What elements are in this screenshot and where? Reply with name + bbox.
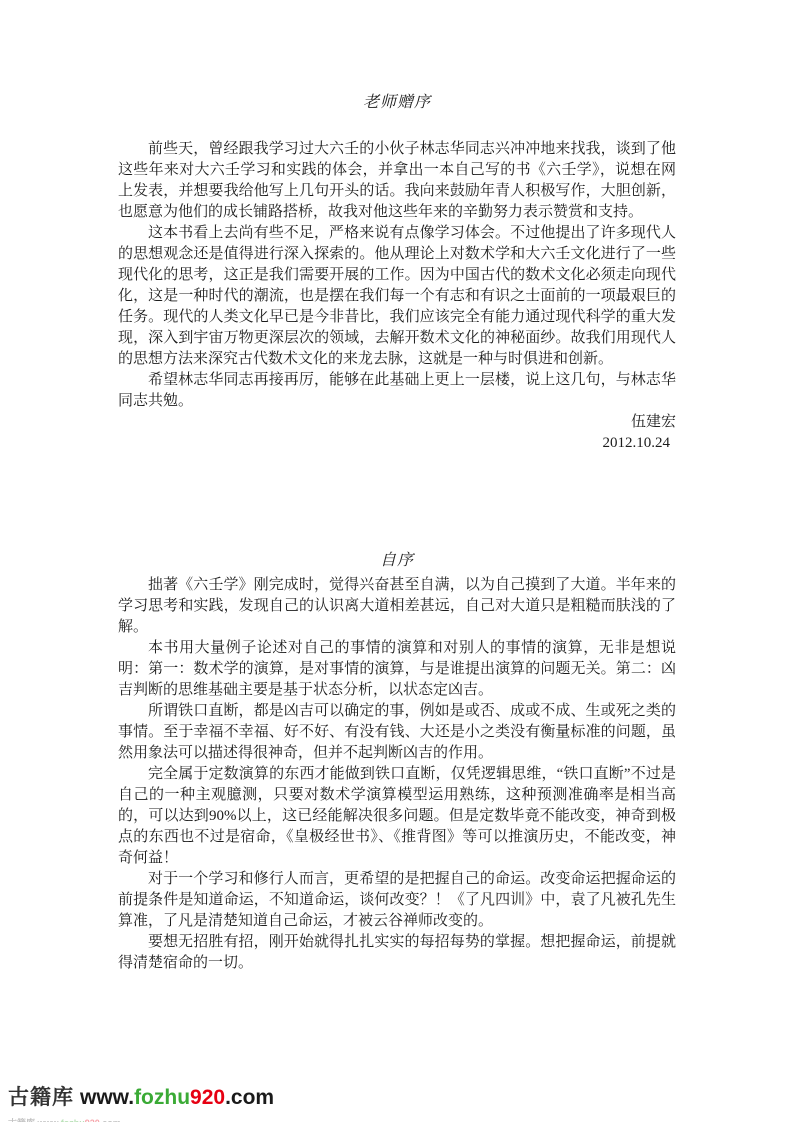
paragraph: 本书用大量例子论述对自己的事情的演算和对别人的事情的演算，无非是想说明：第一：数…	[118, 638, 676, 701]
signature-name: 伍建宏	[118, 412, 676, 433]
watermark-url-com: .com	[225, 1086, 274, 1109]
watermark-faint-site: 古籍库	[8, 1118, 35, 1122]
teacher-preface-title: 老师赠序	[118, 92, 676, 113]
watermark-url-www: www.	[80, 1086, 134, 1109]
self-preface-section: 自序 拙著《六壬学》刚完成时，觉得兴奋甚至自满，以为自己摸到了大道。半年来的学习…	[118, 550, 676, 974]
paragraph: 前些天，曾经跟我学习过大六壬的小伙子林志华同志兴冲冲地来找我，谈到了他这些年来对…	[118, 139, 676, 223]
paragraph: 所谓铁口直断，都是凶吉可以确定的事，例如是或否、成或不成、生或死之类的事情。至于…	[118, 701, 676, 764]
watermark-faint-green: fozhu	[61, 1118, 85, 1122]
watermark: 古籍库www.fozhu920.com	[8, 1085, 274, 1110]
paragraph: 希望林志华同志再接再厉，能够在此基础上更上一层楼，说上这几句，与林志华同志共勉。	[118, 370, 676, 412]
watermark-url-red: 920	[190, 1086, 225, 1109]
watermark-faint-www: www.	[38, 1118, 61, 1122]
signature-date: 2012.10.24	[118, 433, 676, 454]
document-page: 老师赠序 前些天，曾经跟我学习过大六壬的小伙子林志华同志兴冲冲地来找我，谈到了他…	[0, 0, 793, 1122]
self-preface-title: 自序	[118, 550, 676, 571]
paragraph: 对于一个学习和修行人而言，更希望的是把握自己的命运。改变命运把握命运的前提条件是…	[118, 869, 676, 932]
paragraph: 要想无招胜有招，刚开始就得扎扎实实的每招每势的掌握。想把握命运，前提就得清楚宿命…	[118, 932, 676, 974]
watermark-faint-com: .com	[100, 1118, 121, 1122]
watermark-faint-cutoff: 古籍库 www.fozhu920.com	[8, 1116, 121, 1122]
paragraph: 拙著《六壬学》刚完成时，觉得兴奋甚至自满，以为自己摸到了大道。半年来的学习思考和…	[118, 575, 676, 638]
teacher-preface-section: 老师赠序 前些天，曾经跟我学习过大六壬的小伙子林志华同志兴冲冲地来找我，谈到了他…	[118, 92, 676, 454]
watermark-url-green: fozhu	[134, 1086, 190, 1109]
watermark-faint-red: 920	[85, 1118, 100, 1122]
watermark-site-name: 古籍库	[8, 1086, 74, 1109]
paragraph: 这本书看上去尚有些不足，严格来说有点像学习体会。不过他提出了许多现代人的思想观念…	[118, 223, 676, 370]
paragraph: 完全属于定数演算的东西才能做到铁口直断，仅凭逻辑思维，“铁口直断”不过是自己的一…	[118, 764, 676, 869]
